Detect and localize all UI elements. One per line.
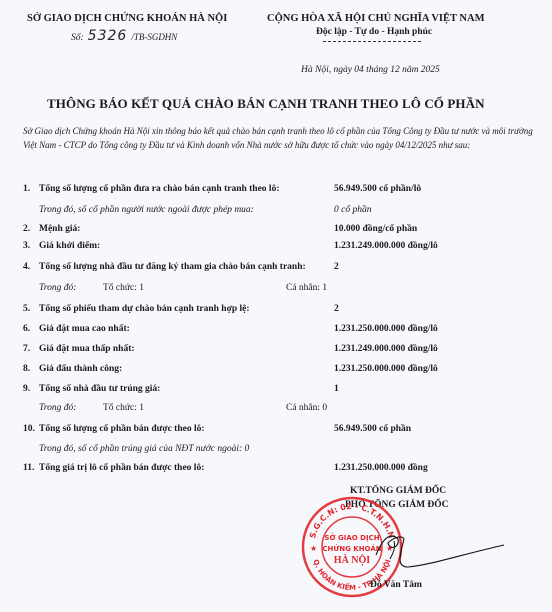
item-value: 1.231.250.000.000 đồng/lô (334, 324, 438, 334)
item-number: 5. (23, 304, 30, 314)
item-number: 1. (23, 184, 30, 194)
item-value: 56.949.500 cổ phần/lô (334, 184, 421, 194)
item-label: Giá đặt mua cao nhất: (39, 324, 130, 334)
item-number: 3. (23, 241, 30, 251)
item-label: Tổng số nhà đầu tư trúng giá: (39, 384, 160, 394)
document-number: Số: 5326 /TB-SGDHN (71, 27, 177, 45)
item-sub-organizations: Tổ chức: 1 (103, 283, 144, 293)
svg-text:HÀ NỘI: HÀ NỘI (334, 553, 371, 566)
document-title: THÔNG BÁO KẾT QUẢ CHÀO BÁN CẠNH TRANH TH… (47, 96, 485, 112)
national-motto: Độc lập - Tự do - Hạnh phúc (316, 27, 432, 37)
item-sub-individuals: Cá nhân: 1 (286, 283, 327, 293)
item-label: Tổng số lượng cổ phần bán được theo lô: (39, 424, 205, 434)
item-sub-value: 0 cổ phần (334, 205, 371, 215)
item-sub-organizations: Tổ chức: 1 (103, 403, 144, 413)
item-number: 2. (23, 224, 30, 234)
item-value: 1.231.249.000.000 đồng/lô (334, 344, 438, 354)
item-number: 6. (23, 324, 30, 334)
item-sub-label: Trong đó: (39, 403, 76, 413)
item-number: 11. (23, 463, 34, 473)
item-label: Giá đặt mua thấp nhất: (39, 344, 135, 354)
item-label: Giá khởi điểm: (39, 241, 100, 251)
item-label: Tổng giá trị lô cổ phần bán được theo lô… (39, 463, 204, 473)
item-label: Tổng số lượng cổ phần đưa ra chào bán cạ… (39, 184, 279, 194)
item-value: 1.231.250.000.000 đồng/lô (334, 364, 438, 374)
item-sub-label: Trong đó, số cổ phần người nước ngoài đư… (39, 205, 254, 215)
item-number: 7. (23, 344, 30, 354)
item-label: Tổng số phiếu tham dự chào bán cạnh tran… (39, 304, 250, 314)
handwritten-number: 5326 (88, 28, 128, 44)
intro-paragraph: Sở Giao dịch Chứng khoán Hà Nội xin thôn… (23, 125, 543, 152)
place-date: Hà Nội, ngày 04 tháng 12 năm 2025 (301, 65, 440, 75)
item-number: 10. (23, 424, 35, 434)
signature-scribble (370, 525, 510, 575)
country-name: CỘNG HÒA XÃ HỘI CHỦ NGHĨA VIỆT NAM (267, 13, 485, 24)
item-number: 8. (23, 364, 30, 374)
item-number: 9. (23, 384, 30, 394)
item-value: 2 (334, 304, 339, 314)
item-value: 10.000 đồng/cổ phần (334, 224, 417, 234)
item-value: 1.231.249.000.000 đồng/lô (334, 241, 438, 251)
item-sub-individuals: Cá nhân: 0 (286, 403, 327, 413)
item-value: 1 (334, 384, 339, 394)
item-value: 56.949.500 cổ phần (334, 424, 411, 434)
item-sub-label: Trong đó, số cổ phần trúng giá của NĐT n… (39, 444, 249, 454)
item-label: Tổng số lượng nhà đầu tư đăng ký tham gi… (39, 262, 306, 272)
item-sub-label: Trong đó: (39, 283, 76, 293)
item-label: Mệnh giá: (39, 224, 80, 234)
number-prefix: Số: (71, 33, 84, 43)
signer-name: Đỗ Văn Tâm (370, 580, 422, 590)
item-number: 4. (23, 262, 30, 272)
item-value: 2 (334, 262, 339, 272)
issuing-organization: SỞ GIAO DỊCH CHỨNG KHOÁN HÀ NỘI (27, 13, 227, 24)
item-label: Giá đấu thành công: (39, 364, 122, 374)
motto-underline (323, 41, 421, 42)
item-value: 1.231.250.000.000 đồng (334, 463, 428, 473)
number-suffix: /TB-SGDHN (131, 32, 177, 42)
svg-text:★: ★ (310, 544, 317, 553)
